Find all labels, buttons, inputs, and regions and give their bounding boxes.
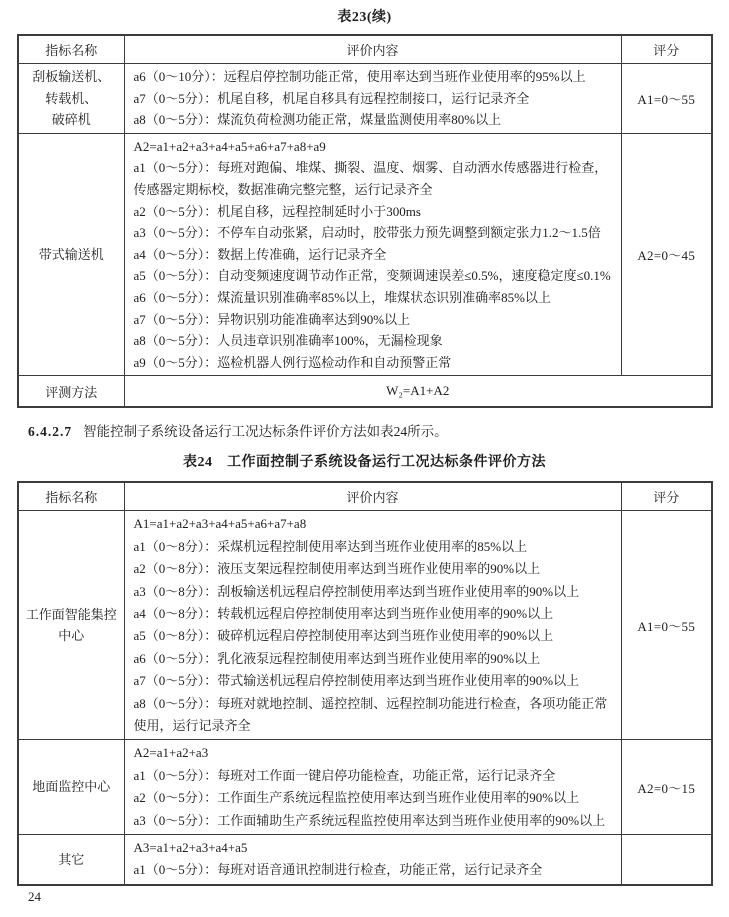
eval-item: a8（0～5分）：人员违章识别准确率100%，无漏检现象	[134, 330, 612, 352]
clause-number: 6.4.2.7	[28, 424, 72, 439]
method-label: 评测方法	[18, 376, 124, 408]
eval-item: a3（0～8分）：刮板输送机远程启停控制使用率达到当班作业使用率的90%以上	[134, 581, 612, 603]
eval-content-cell: A2=a1+a2+a3 a1（0～5分）：每班对工作面一键启停功能检查，功能正常…	[124, 740, 621, 835]
row-label-surface-monitoring-center: 地面监控中心	[18, 740, 124, 835]
eval-content-cell: A2=a1+a2+a3+a4+a5+a6+a7+a8+a9 a1（0～5分）：每…	[124, 133, 621, 376]
eval-item: a7（0～5分）：机尾自移，机尾自移具有远程控制接口，运行记录齐全	[134, 88, 612, 110]
eval-item: a8（0～5分）：每班对就地控制、遥控控制、远程控制功能进行检查，各项功能正常使…	[134, 693, 612, 738]
table24: 指标名称 评价内容 评分 工作面智能集控 中心 A1=a1+a2+a3+a4+a…	[17, 481, 713, 886]
score-cell: A2=0～15	[621, 740, 712, 835]
eval-formula: A2=a1+a2+a3	[134, 742, 612, 764]
table-row: 其它 A3=a1+a2+a3+a4+a5 a1（0～5分）：每班对语音通讯控制进…	[18, 835, 712, 885]
eval-item: a7（0～5分）：异物识别功能准确率达到90%以上	[134, 309, 612, 331]
eval-item: a1（0～5分）：每班对工作面一键启停功能检查，功能正常，运行记录齐全	[134, 765, 612, 787]
eval-content-cell: A3=a1+a2+a3+a4+a5 a1（0～5分）：每班对语音通讯控制进行检查…	[124, 835, 621, 885]
row-label-line: 带式输送机	[21, 244, 122, 266]
eval-formula: A1=a1+a2+a3+a4+a5+a6+a7+a8	[134, 513, 612, 535]
table-row: 带式输送机 A2=a1+a2+a3+a4+a5+a6+a7+a8+a9 a1（0…	[18, 133, 712, 376]
table23-header-content: 评价内容	[124, 35, 621, 64]
score-cell: A1=0～55	[621, 64, 712, 134]
eval-item: a1（0～5分）：每班对跑偏、堆煤、撕裂、温度、烟雾、自动洒水传感器进行检查，传…	[134, 157, 612, 200]
table-row: 工作面智能集控 中心 A1=a1+a2+a3+a4+a5+a6+a7+a8 a1…	[18, 511, 712, 740]
eval-item: a6（0～5分）：乳化液泵远程控制使用率达到当班作业使用率的90%以上	[134, 648, 612, 670]
row-label-other: 其它	[18, 835, 124, 885]
method-row: 评测方法 W₂=A1+A2	[18, 376, 712, 408]
clause-text: 智能控制子系统设备运行工况达标条件评价方法如表24所示。	[83, 424, 448, 439]
table23: 指标名称 评价内容 评分 刮板输送机、 转载机、 破碎机 a6（0～10分）：远…	[17, 34, 713, 408]
row-label-line: 其它	[21, 849, 122, 871]
table23-header-row: 指标名称 评价内容 评分	[18, 35, 712, 64]
eval-item: a5（0～8分）：破碎机远程启停控制使用率达到当班作业使用率的90%以上	[134, 625, 612, 647]
eval-item: a3（0～5分）：不停车自动张紧，启动时，胶带张力预先调整到额定张力1.2～1.…	[134, 222, 612, 244]
eval-item: a4（0～8分）：转载机远程启停控制使用率达到当班作业使用率的90%以上	[134, 603, 612, 625]
eval-formula: A3=a1+a2+a3+a4+a5	[134, 837, 612, 859]
table23-header-score: 评分	[621, 35, 712, 64]
eval-content-cell: A1=a1+a2+a3+a4+a5+a6+a7+a8 a1（0～8分）：采煤机远…	[124, 511, 621, 740]
score-cell: A2=0～45	[621, 133, 712, 376]
row-label-line: 工作面智能集控	[21, 604, 122, 626]
eval-item: a1（0～5分）：每班对语音通讯控制进行检查，功能正常，运行记录齐全	[134, 859, 612, 881]
document-page: { "table23": { "title": "表23(续)", "colum…	[0, 0, 729, 917]
table24-title: 表24 工作面控制子系统设备运行工况达标条件评价方法	[0, 454, 729, 471]
row-label-scraper-conveyor: 刮板输送机、 转载机、 破碎机	[18, 64, 124, 134]
eval-item: a4（0～5分）：数据上传准确，运行记录齐全	[134, 244, 612, 266]
clause-6-4-2-7: 6.4.2.7智能控制子系统设备运行工况达标条件评价方法如表24所示。	[28, 423, 729, 441]
eval-item: a1（0～8分）：采煤机远程控制使用率达到当班作业使用率的85%以上	[134, 536, 612, 558]
eval-item: a6（0～10分）：远程启停控制功能正常，使用率达到当班作业使用率的95%以上	[134, 66, 612, 88]
eval-content-cell: a6（0～10分）：远程启停控制功能正常，使用率达到当班作业使用率的95%以上 …	[124, 64, 621, 134]
table24-header-row: 指标名称 评价内容 评分	[18, 482, 712, 511]
eval-item: a7（0～5分）：带式输送机远程启停控制使用率达到当班作业使用率的90%以上	[134, 670, 612, 692]
eval-item: a2（0～8分）：液压支架远程控制使用率达到当班作业使用率的90%以上	[134, 558, 612, 580]
row-label-line: 地面监控中心	[21, 776, 122, 798]
table24-header-content: 评价内容	[124, 482, 621, 511]
score-cell: A1=0～55	[621, 511, 712, 740]
method-formula: W₂=A1+A2	[124, 376, 712, 408]
row-label-line: 转载机、	[21, 88, 122, 110]
eval-item: a5（0～5分）：自动变频速度调节动作正常，变频调速误差≤0.5%，速度稳定度≤…	[134, 265, 612, 287]
row-label-line: 刮板输送机、	[21, 66, 122, 88]
table-row: 地面监控中心 A2=a1+a2+a3 a1（0～5分）：每班对工作面一键启停功能…	[18, 740, 712, 835]
eval-item: a6（0～5分）：煤流量识别准确率85%以上，堆煤状态识别准确率85%以上	[134, 287, 612, 309]
table23-title: 表23(续)	[0, 9, 729, 26]
row-label-face-control-center: 工作面智能集控 中心	[18, 511, 124, 740]
eval-formula: A2=a1+a2+a3+a4+a5+a6+a7+a8+a9	[134, 136, 612, 158]
eval-item: a9（0～5分）：巡检机器人例行巡检动作和自动预警正常	[134, 352, 612, 374]
eval-item: a2（0～5分）：工作面生产系统远程监控使用率达到当班作业使用率的90%以上	[134, 787, 612, 809]
row-label-line: 中心	[21, 625, 122, 647]
table24-header-indicator: 指标名称	[18, 482, 124, 511]
eval-item: a3（0～5分）：工作面辅助生产系统远程监控使用率达到当班作业使用率的90%以上	[134, 810, 612, 832]
row-label-line: 破碎机	[21, 109, 122, 131]
table23-header-indicator: 指标名称	[18, 35, 124, 64]
eval-item: a2（0～5分）：机尾自移，远程控制延时小于300ms	[134, 201, 612, 223]
score-cell-empty	[621, 835, 712, 885]
row-label-belt-conveyor: 带式输送机	[18, 133, 124, 376]
eval-item: a8（0～5分）：煤流负荷检测功能正常，煤量监测使用率80%以上	[134, 109, 612, 131]
table24-header-score: 评分	[621, 482, 712, 511]
page-number: 24	[28, 889, 41, 905]
table-row: 刮板输送机、 转载机、 破碎机 a6（0～10分）：远程启停控制功能正常，使用率…	[18, 64, 712, 134]
